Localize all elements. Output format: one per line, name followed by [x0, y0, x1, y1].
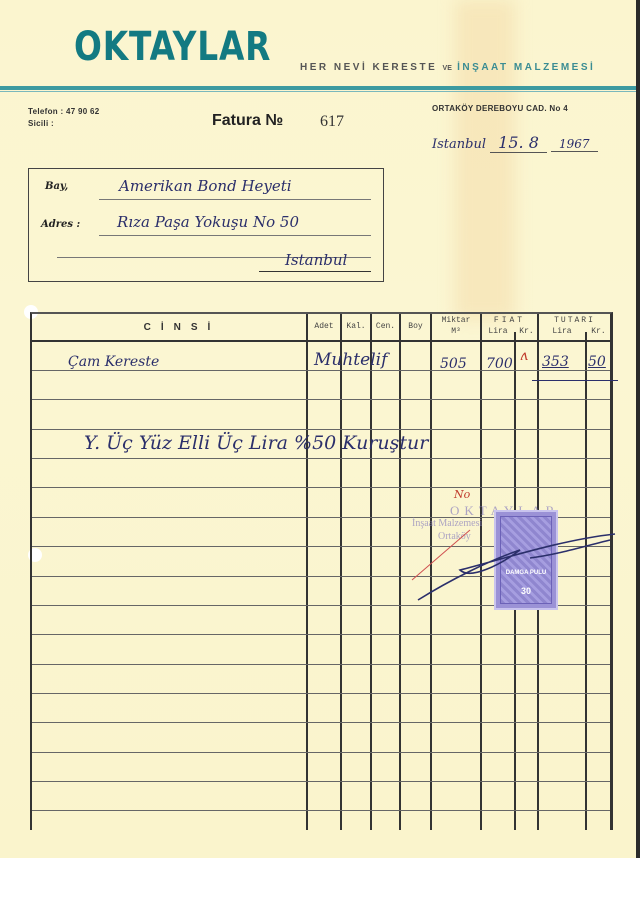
- row1-tutari-kr: 50: [588, 354, 606, 370]
- header-tutari-lira: Lira: [539, 327, 585, 336]
- adres-label: Adres :: [41, 219, 80, 230]
- header-rule: [0, 86, 636, 90]
- city-line: [259, 271, 371, 272]
- header-tutari-kr: Kr.: [587, 327, 610, 336]
- header-miktar-unit: M³: [432, 327, 480, 336]
- header-cen: Cen.: [372, 322, 399, 331]
- company-logo: OKTAYLAR: [74, 24, 271, 70]
- name-line: [99, 199, 371, 200]
- tagline-part2: İNŞAAT MALZEMESİ: [457, 62, 595, 73]
- customer-address: Rıza Paşa Yokuşu No 50: [117, 213, 299, 231]
- header-adet: Adet: [308, 322, 340, 331]
- header-tutari: TUTARI: [539, 316, 610, 325]
- header-fiat-lira: Lira: [482, 327, 514, 336]
- row-line: [32, 664, 610, 665]
- telefon: Telefon : 47 90 62: [28, 107, 100, 116]
- total-underline: [532, 380, 618, 381]
- date-day-month: 15. 8: [490, 133, 547, 153]
- invoice-date: Istanbul 15. 8 1967: [432, 133, 598, 152]
- company-tagline: HER NEVİ KERESTE VE İNŞAAT MALZEMESİ: [300, 62, 595, 73]
- sicil: Sicili :: [28, 119, 54, 128]
- invoice-paper: OKTAYLAR HER NEVİ KERESTE VE İNŞAAT MALZ…: [0, 0, 640, 858]
- row-line: [32, 487, 610, 488]
- header-miktar: Miktar: [432, 316, 480, 325]
- customer-name: Amerikan Bond Heyeti: [119, 177, 292, 195]
- row1-fiat: 700: [486, 356, 513, 372]
- row-line: [32, 752, 610, 753]
- header-kal: Kal.: [342, 322, 370, 331]
- invoice-label: Fatura №: [212, 112, 283, 130]
- date-city: Istanbul: [432, 137, 486, 152]
- row-line: [32, 722, 610, 723]
- header-cinsi: CİNSİ: [112, 322, 252, 333]
- date-year: 1967: [551, 137, 598, 152]
- header-rule-thin: [0, 91, 636, 92]
- row1-dimensions: Muhtelif: [314, 350, 387, 370]
- red-annotation: No: [454, 488, 470, 501]
- company-address: ORTAKÖY DEREBOYU CAD. No 4: [432, 104, 568, 113]
- address-line: [99, 235, 371, 236]
- customer-city: Istanbul: [285, 251, 347, 269]
- header-fiat-kr: Kr.: [516, 327, 537, 336]
- row-line: [32, 429, 610, 430]
- row1-tutari-lira: 353: [542, 354, 569, 370]
- tagline-ve: VE: [443, 65, 452, 72]
- row-line: [32, 781, 610, 782]
- row-line: [32, 693, 610, 694]
- signature-icon: [410, 520, 630, 610]
- header-divider: [32, 340, 610, 342]
- red-tick-mark: ʌ: [520, 348, 528, 364]
- row-line: [32, 810, 610, 811]
- row-line: [32, 458, 610, 459]
- header-fiat: FIAT: [482, 316, 537, 325]
- customer-box: Bay, Amerikan Bond Heyeti Adres : Rıza P…: [28, 168, 384, 282]
- invoice-number: 617: [320, 113, 344, 131]
- row1-miktar: 505: [440, 356, 467, 372]
- row-line: [32, 370, 610, 371]
- row1-cinsi: Çam Kereste: [68, 354, 159, 370]
- amount-in-words: Y. Üç Yüz Elli Üç Lira %50 Kuruştur: [84, 432, 428, 454]
- bay-label: Bay,: [45, 181, 68, 192]
- header-boy: Boy: [401, 322, 430, 331]
- tagline-part1: HER NEVİ KERESTE: [300, 62, 437, 73]
- row-line: [32, 634, 610, 635]
- row-line: [32, 399, 610, 400]
